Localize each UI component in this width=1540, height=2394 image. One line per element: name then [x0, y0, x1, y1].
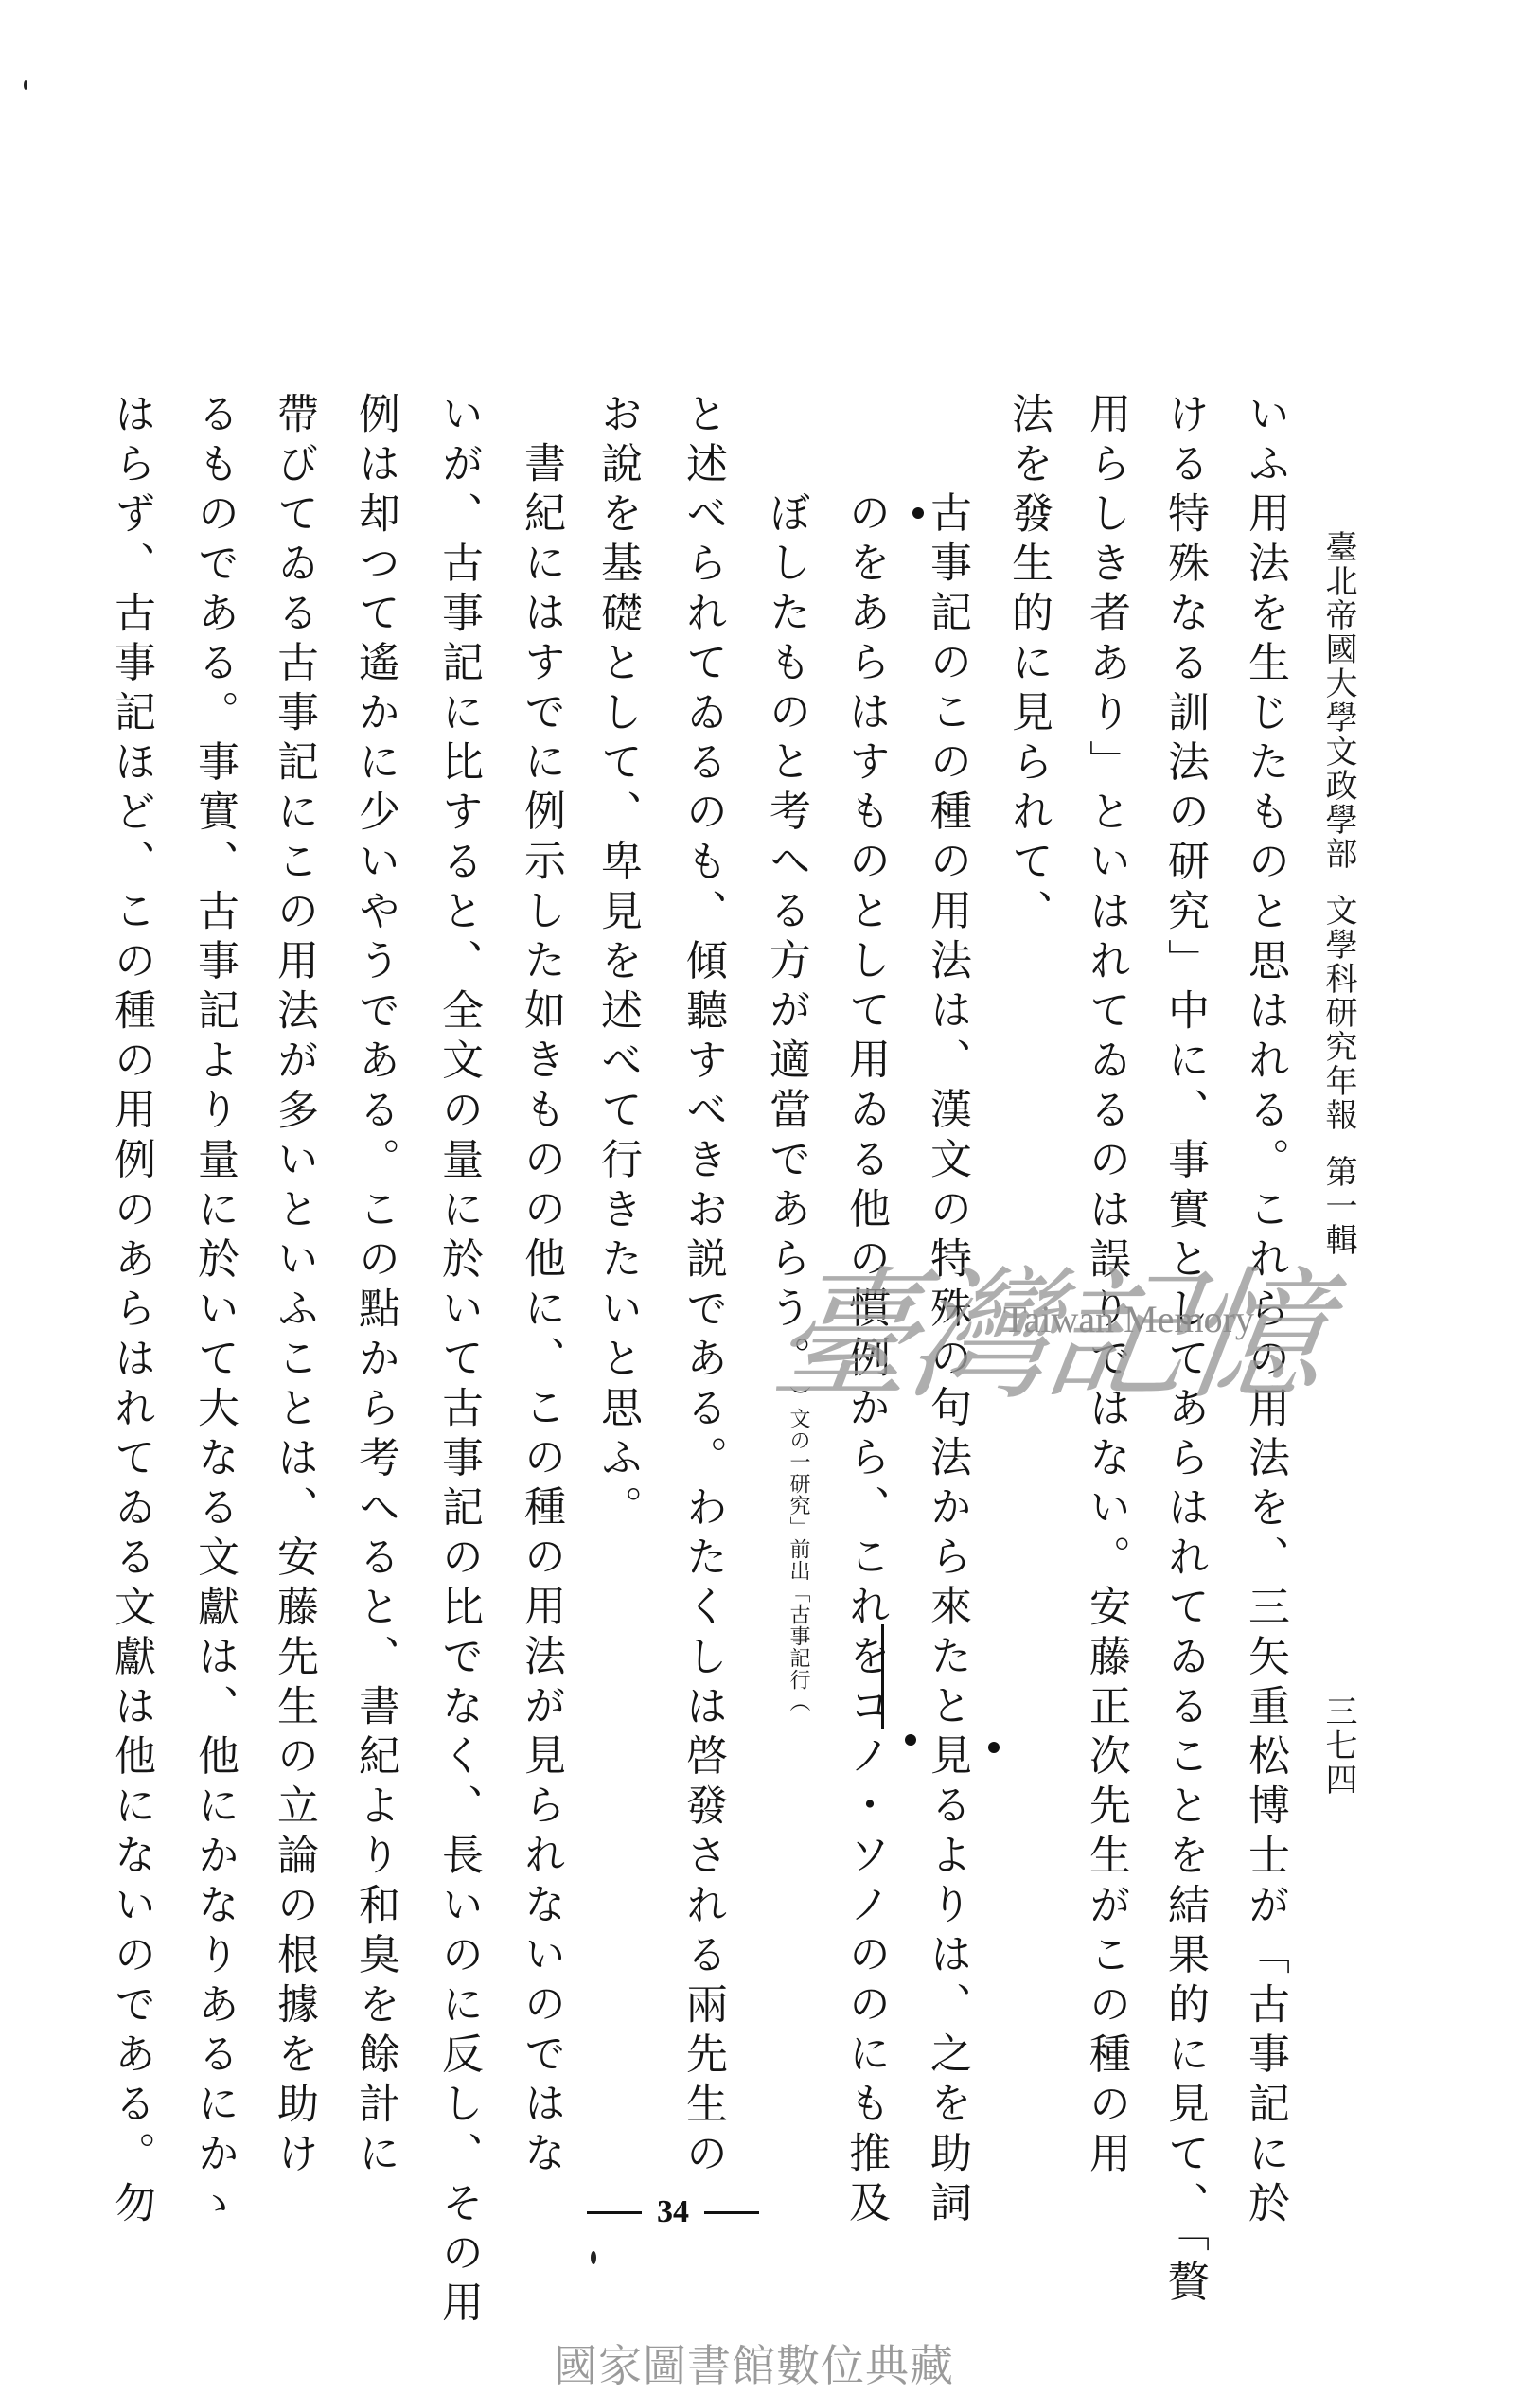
scanned-page: 臺北帝國大學文政學部文學科研究年報第一輯 三七四 いふ用法を生じたものと思はれる… [0, 0, 1540, 2394]
text-column-13: 帶びてゐる古事記にこの用法が多いといふことは、安藤先生の立論の根據を助け [269, 392, 318, 2181]
emphasis-dot [912, 507, 924, 519]
page-number-kanji: 三七四 [1316, 1694, 1362, 1797]
note-line-left: 文の一研究」 [786, 1408, 810, 1538]
text-column-15: はらず、古事記ほど、この種の用例のあらはれてゐる文獻は他にないのである。勿 [106, 392, 155, 2231]
dash-left [587, 2211, 642, 2214]
library-mark: 國家圖書館數位典藏 [554, 2332, 954, 2394]
text-column-7: ぼしたものと考へる方が適當であらう。（前出「古事記行文の一研究」） [761, 441, 810, 1712]
ink-speck [591, 2251, 596, 2264]
text-column-10: 書紀にはすでに例示した如きものの他に、この種の用法が見られないのではな [516, 441, 565, 2181]
dash-right [704, 2211, 759, 2214]
text-column-12: 例は却つて遙かに少いやうである。この點から考へると、書紀より和臭を餘計に [350, 392, 399, 2181]
ink-speck [24, 80, 27, 90]
note-line-right: 前出「古事記行 [786, 1538, 810, 1691]
text-column-8: と述べられてゐるのも、傾聽すべきお説である。わたくしは啓發される兩先生の [678, 392, 727, 2181]
watermark-text: Taiwan Memory [1003, 1297, 1254, 1341]
sideline-mark [881, 1624, 884, 1729]
header-institution: 臺北帝國大學文政學部 [1319, 530, 1357, 871]
text-column-11: いが、古事記に比すると、全文の量に於いて古事記の比でなく、長いのに反し、その用 [434, 392, 483, 2331]
text-column-9: お說を基礎として、卑見を述べて行きたいと思ふ。 [593, 392, 642, 1535]
running-header: 臺北帝國大學文政學部文學科研究年報第一輯 [1316, 530, 1362, 1257]
inline-note: （前出「古事記行文の一研究」） [786, 1386, 810, 1712]
page-number-value: 34 [657, 2194, 689, 2230]
text-column-4: 法を發生的に見られて、 [1003, 392, 1053, 939]
text-column-14: るものである。事實、古事記より量に於いて大なる文獻は、他にかなりあるにかゝ [189, 392, 239, 2231]
emphasis-dot [905, 1734, 916, 1746]
emphasis-dot [988, 1742, 1000, 1753]
header-journal: 文學科研究年報 [1319, 894, 1357, 1132]
page-number: 34 [587, 2194, 759, 2230]
